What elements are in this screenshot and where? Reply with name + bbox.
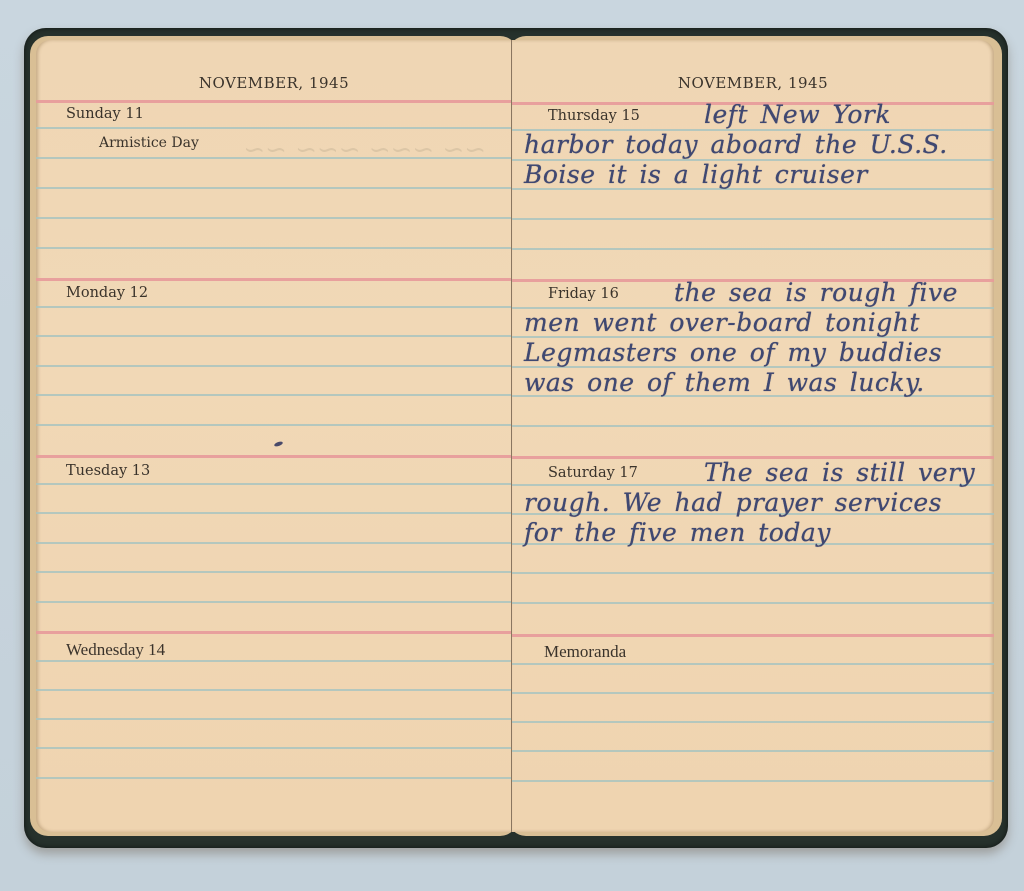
blue-rule [36,424,512,426]
month-header-left: NOVEMBER, 1945 [36,74,512,92]
blue-rule [512,572,994,574]
blue-rule [36,217,512,219]
blue-rule [36,365,512,367]
blue-rule [36,718,512,720]
red-rule [36,278,512,281]
blue-rule [36,187,512,189]
day-label-monday: Monday 12 [66,285,148,301]
blue-rule [36,689,512,691]
blue-rule [512,602,994,604]
blue-rule [512,692,994,694]
red-rule [512,634,994,637]
blue-rule [36,247,512,249]
blue-rule [512,750,994,752]
blue-rule [512,780,994,782]
blue-rule [36,127,512,129]
blue-rule [36,571,512,573]
memoranda-label: Memoranda [544,642,626,662]
blue-rule [36,747,512,749]
handwritten-entry-saturday: The sea is still very rough. We had pray… [524,458,984,548]
blue-rule [36,601,512,603]
blue-rule [512,248,994,250]
red-rule [36,631,512,634]
blue-rule [36,660,512,662]
ink-speck [274,441,284,448]
blue-rule [36,512,512,514]
blue-rule [512,663,994,665]
blue-rule [512,425,994,427]
right-page: NOVEMBER, 1945 Thursday 15 left New York… [512,40,994,832]
blue-rule [36,542,512,544]
day-label-wednesday: Wednesday 14 [66,640,165,660]
holiday-note: Armistice Day [99,135,199,151]
red-rule [36,455,512,458]
blue-rule [36,306,512,308]
blue-rule [36,335,512,337]
blue-rule [512,218,994,220]
day-label-sunday: Sunday 11 [66,106,144,122]
blue-rule [36,394,512,396]
handwritten-entry-friday: the sea is rough five men went over-boar… [524,278,984,398]
month-header-right: NOVEMBER, 1945 [512,74,994,92]
bleed-through-text: ~~ ~~~ ~~~ ~~ [186,135,486,165]
blue-rule [512,721,994,723]
handwritten-entry-thursday: left New York harbor today aboard the U.… [524,100,984,190]
left-page: NOVEMBER, 1945 ~~ ~~~ ~~~ ~~ Sunday 11 A… [36,40,512,832]
day-label-tuesday: Tuesday 13 [66,463,150,479]
blue-rule [36,777,512,779]
blue-rule [36,483,512,485]
red-rule [36,100,512,103]
